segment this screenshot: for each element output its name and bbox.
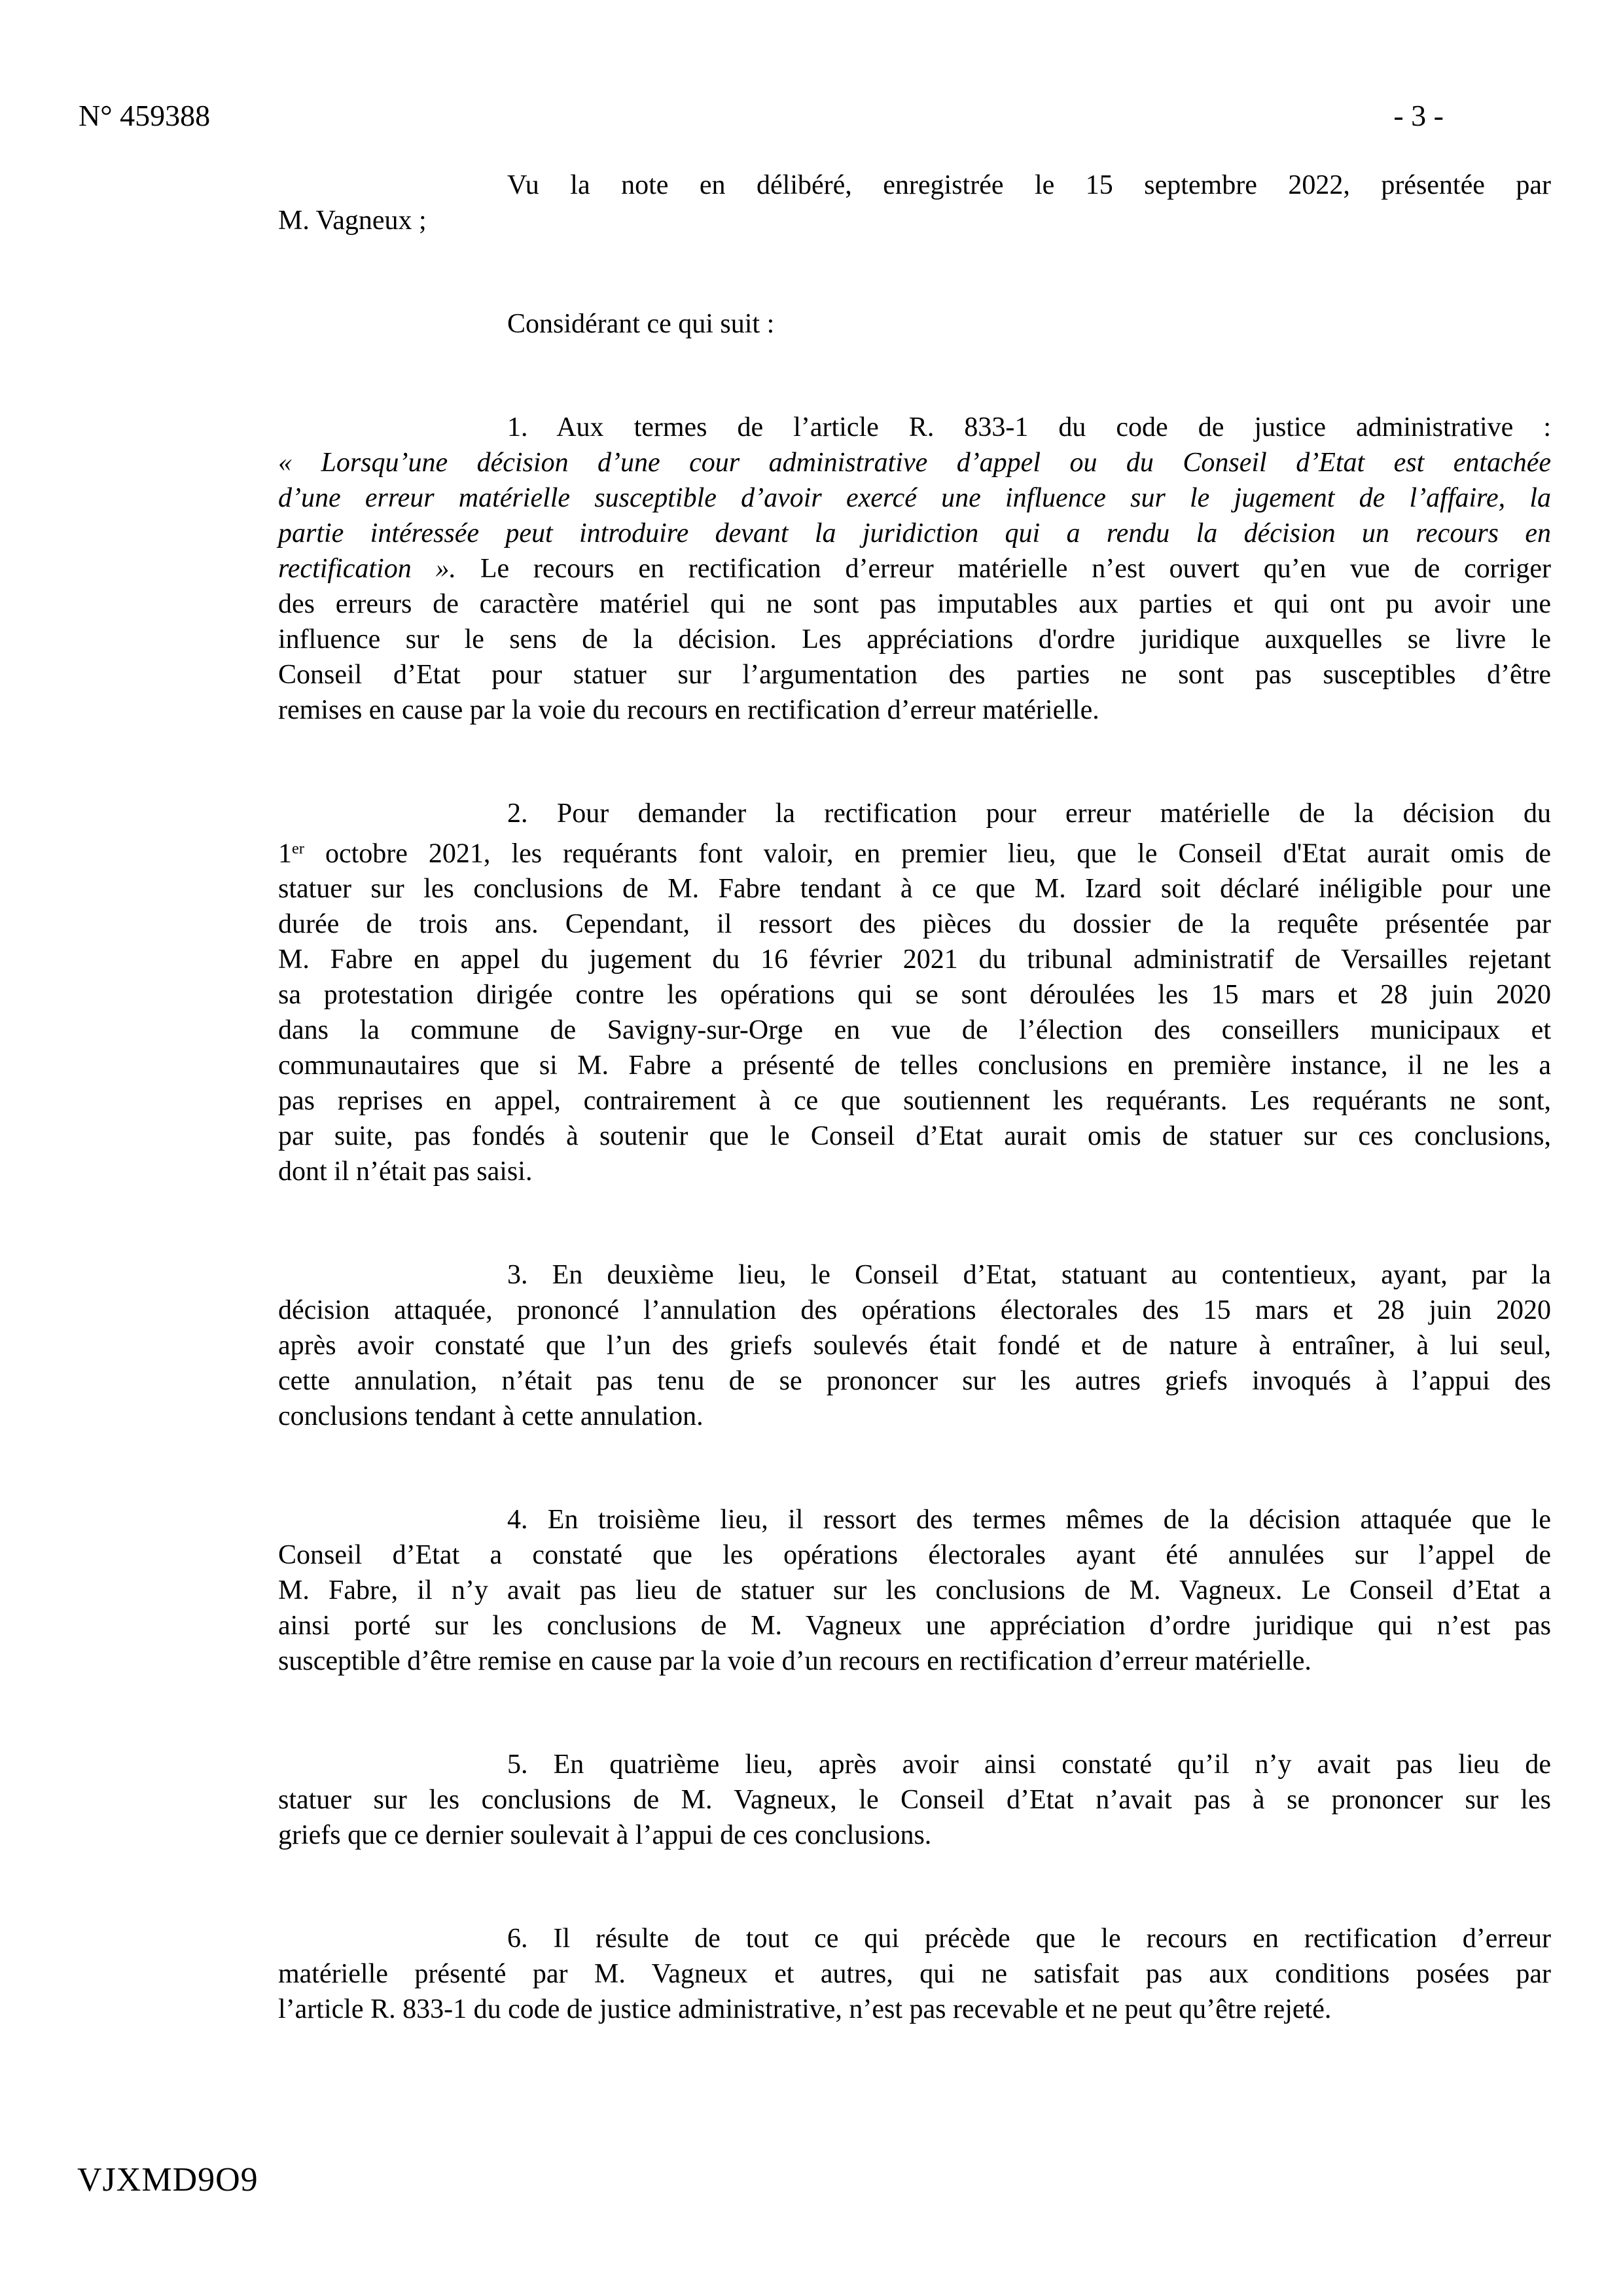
text-segment: Conseil d’Etat pour statuer sur l’argume… <box>278 660 1551 690</box>
text-line: influence sur le sens de la décision. Le… <box>278 622 1551 657</box>
text-segment: statuer sur les conclusions de M. Vagneu… <box>278 1785 1551 1815</box>
paragraph-point-4: 4. En troisième lieu, il ressort des ter… <box>278 1502 1551 1679</box>
text-line: cette annulation, n’était pas tenu de se… <box>278 1363 1551 1399</box>
text-line: par suite, pas fondés à soutenir que le … <box>278 1119 1551 1154</box>
text-segment: durée de trois ans. Cependant, il ressor… <box>278 909 1551 939</box>
text-line: 6. Il résulte de tout ce qui précède que… <box>278 1921 1551 1956</box>
text-segment: 1. Aux termes de l’article R. 833-1 du c… <box>507 412 1551 442</box>
text-line: 1. Aux termes de l’article R. 833-1 du c… <box>278 410 1551 445</box>
text-segment: l’article R. 833-1 du code de justice ad… <box>278 1994 1331 2024</box>
text-line: 5. En quatrième lieu, après avoir ainsi … <box>278 1747 1551 1782</box>
text-segment: Vu la note en délibéré, enregistrée le 1… <box>507 170 1551 200</box>
text-line: après avoir constaté que l’un des griefs… <box>278 1328 1551 1363</box>
text-line: 3. En deuxième lieu, le Conseil d’Etat, … <box>278 1257 1551 1293</box>
paragraph-point-5: 5. En quatrième lieu, après avoir ainsi … <box>278 1747 1551 1853</box>
text-line: communautaires que si M. Fabre a présent… <box>278 1048 1551 1083</box>
text-segment: cette annulation, n’était pas tenu de se… <box>278 1366 1551 1396</box>
text-segment: M. Fabre en appel du jugement du 16 févr… <box>278 944 1551 975</box>
text-line: Conseil d’Etat a constaté que les opérat… <box>278 1537 1551 1573</box>
text-segment: décision attaquée, prononcé l’annulation… <box>278 1295 1551 1325</box>
text-segment: Conseil d’Etat a constaté que les opérat… <box>278 1540 1551 1570</box>
paragraph-point-1: 1. Aux termes de l’article R. 833-1 du c… <box>278 410 1551 728</box>
text-segment: 5. En quatrième lieu, après avoir ainsi … <box>507 1749 1551 1780</box>
text-segment: 4. En troisième lieu, il ressort des ter… <box>507 1505 1551 1535</box>
text-segment: ainsi porté sur les conclusions de M. Va… <box>278 1611 1551 1641</box>
text-segment: susceptible d’être remise en cause par l… <box>278 1646 1311 1676</box>
text-segment: M. Vagneux ; <box>278 206 427 236</box>
text-line: durée de trois ans. Cependant, il ressor… <box>278 906 1551 942</box>
paragraph-visa-note-delibere: Vu la note en délibéré, enregistrée le 1… <box>278 168 1551 238</box>
text-segment: « Lorsqu’une décision d’une cour adminis… <box>278 448 1551 478</box>
text-segment: 2. Pour demander la rectification pour e… <box>507 798 1551 829</box>
text-segment: remises en cause par la voie du recours … <box>278 695 1099 725</box>
text-line: Conseil d’Etat pour statuer sur l’argume… <box>278 657 1551 692</box>
text-segment: Le recours en rectification d’erreur mat… <box>456 554 1551 584</box>
text-segment: des erreurs de caractère matériel qui ne… <box>278 589 1551 619</box>
document-page: N° 459388 - 3 - Vu la note en délibéré, … <box>0 0 1623 2296</box>
text-segment: octobre 2021, les requérants font valoir… <box>304 838 1551 869</box>
text-line: partie intéressée peut introduire devant… <box>278 516 1551 551</box>
paragraph-point-3: 3. En deuxième lieu, le Conseil d’Etat, … <box>278 1257 1551 1434</box>
text-segment: 1 <box>278 838 292 869</box>
text-segment: 6. Il résulte de tout ce qui précède que… <box>507 1924 1551 1954</box>
printer-code: VJXMD9O9 <box>77 2161 259 2198</box>
text-line: 1er octobre 2021, les requérants font va… <box>278 831 1551 871</box>
page-footer: VJXMD9O9 <box>77 2161 259 2199</box>
text-line: rectification ». Le recours en rectifica… <box>278 551 1551 586</box>
text-line: susceptible d’être remise en cause par l… <box>278 1643 1551 1679</box>
text-segment: rectification ». <box>278 554 456 584</box>
text-segment: Considérant ce qui suit : <box>507 309 774 339</box>
text-line: M. Fabre en appel du jugement du 16 févr… <box>278 942 1551 977</box>
text-segment: sa protestation dirigée contre les opéra… <box>278 980 1551 1010</box>
text-segment: partie intéressée peut introduire devant… <box>278 518 1551 548</box>
text-line: sa protestation dirigée contre les opéra… <box>278 977 1551 1013</box>
case-number: N° 459388 <box>79 98 210 134</box>
text-line: des erreurs de caractère matériel qui ne… <box>278 586 1551 622</box>
text-segment: 3. En deuxième lieu, le Conseil d’Etat, … <box>507 1260 1551 1290</box>
text-segment: conclusions tendant à cette annulation. <box>278 1401 704 1431</box>
text-line: griefs que ce dernier soulevait à l’appu… <box>278 1818 1551 1853</box>
text-line: 2. Pour demander la rectification pour e… <box>278 796 1551 831</box>
text-line: d’une erreur matérielle susceptible d’av… <box>278 480 1551 516</box>
text-line: l’article R. 833-1 du code de justice ad… <box>278 1992 1551 2027</box>
page-header: N° 459388 - 3 - <box>0 0 1623 134</box>
text-line: conclusions tendant à cette annulation. <box>278 1399 1551 1434</box>
text-segment: dans la commune de Savigny-sur-Orge en v… <box>278 1015 1551 1045</box>
text-segment: griefs que ce dernier soulevait à l’appu… <box>278 1820 931 1850</box>
text-line: Considérant ce qui suit : <box>278 306 1551 342</box>
text-segment: statuer sur les conclusions de M. Fabre … <box>278 874 1551 904</box>
text-line: « Lorsqu’une décision d’une cour adminis… <box>278 445 1551 480</box>
text-line: ainsi porté sur les conclusions de M. Va… <box>278 1608 1551 1643</box>
text-line: pas reprises en appel, contrairement à c… <box>278 1083 1551 1119</box>
paragraph-point-2: 2. Pour demander la rectification pour e… <box>278 796 1551 1189</box>
text-segment: par suite, pas fondés à soutenir que le … <box>278 1121 1551 1151</box>
text-line: Vu la note en délibéré, enregistrée le 1… <box>278 168 1551 203</box>
text-segment: pas reprises en appel, contrairement à c… <box>278 1086 1551 1116</box>
text-line: statuer sur les conclusions de M. Vagneu… <box>278 1782 1551 1818</box>
text-segment: matérielle présenté par M. Vagneux et au… <box>278 1959 1551 1989</box>
text-segment: er <box>292 840 304 857</box>
text-line: 4. En troisième lieu, il ressort des ter… <box>278 1502 1551 1537</box>
text-segment: dont il n’était pas saisi. <box>278 1157 532 1187</box>
paragraph-considerant: Considérant ce qui suit : <box>278 306 1551 342</box>
page-number: - 3 - <box>1393 98 1444 134</box>
paragraph-point-6: 6. Il résulte de tout ce qui précède que… <box>278 1921 1551 2027</box>
text-line: M. Fabre, il n’y avait pas lieu de statu… <box>278 1573 1551 1608</box>
text-line: dans la commune de Savigny-sur-Orge en v… <box>278 1013 1551 1048</box>
text-segment: communautaires que si M. Fabre a présent… <box>278 1050 1551 1081</box>
text-line: statuer sur les conclusions de M. Fabre … <box>278 871 1551 906</box>
text-line: dont il n’était pas saisi. <box>278 1154 1551 1189</box>
text-line: remises en cause par la voie du recours … <box>278 692 1551 728</box>
text-segment: après avoir constaté que l’un des griefs… <box>278 1331 1551 1361</box>
document-body: Vu la note en délibéré, enregistrée le 1… <box>0 168 1623 2027</box>
text-line: décision attaquée, prononcé l’annulation… <box>278 1293 1551 1328</box>
text-line: matérielle présenté par M. Vagneux et au… <box>278 1956 1551 1992</box>
text-segment: influence sur le sens de la décision. Le… <box>278 624 1551 655</box>
text-line: M. Vagneux ; <box>278 203 1551 238</box>
text-segment: M. Fabre, il n’y avait pas lieu de statu… <box>278 1575 1551 1605</box>
text-segment: d’une erreur matérielle susceptible d’av… <box>278 483 1551 513</box>
